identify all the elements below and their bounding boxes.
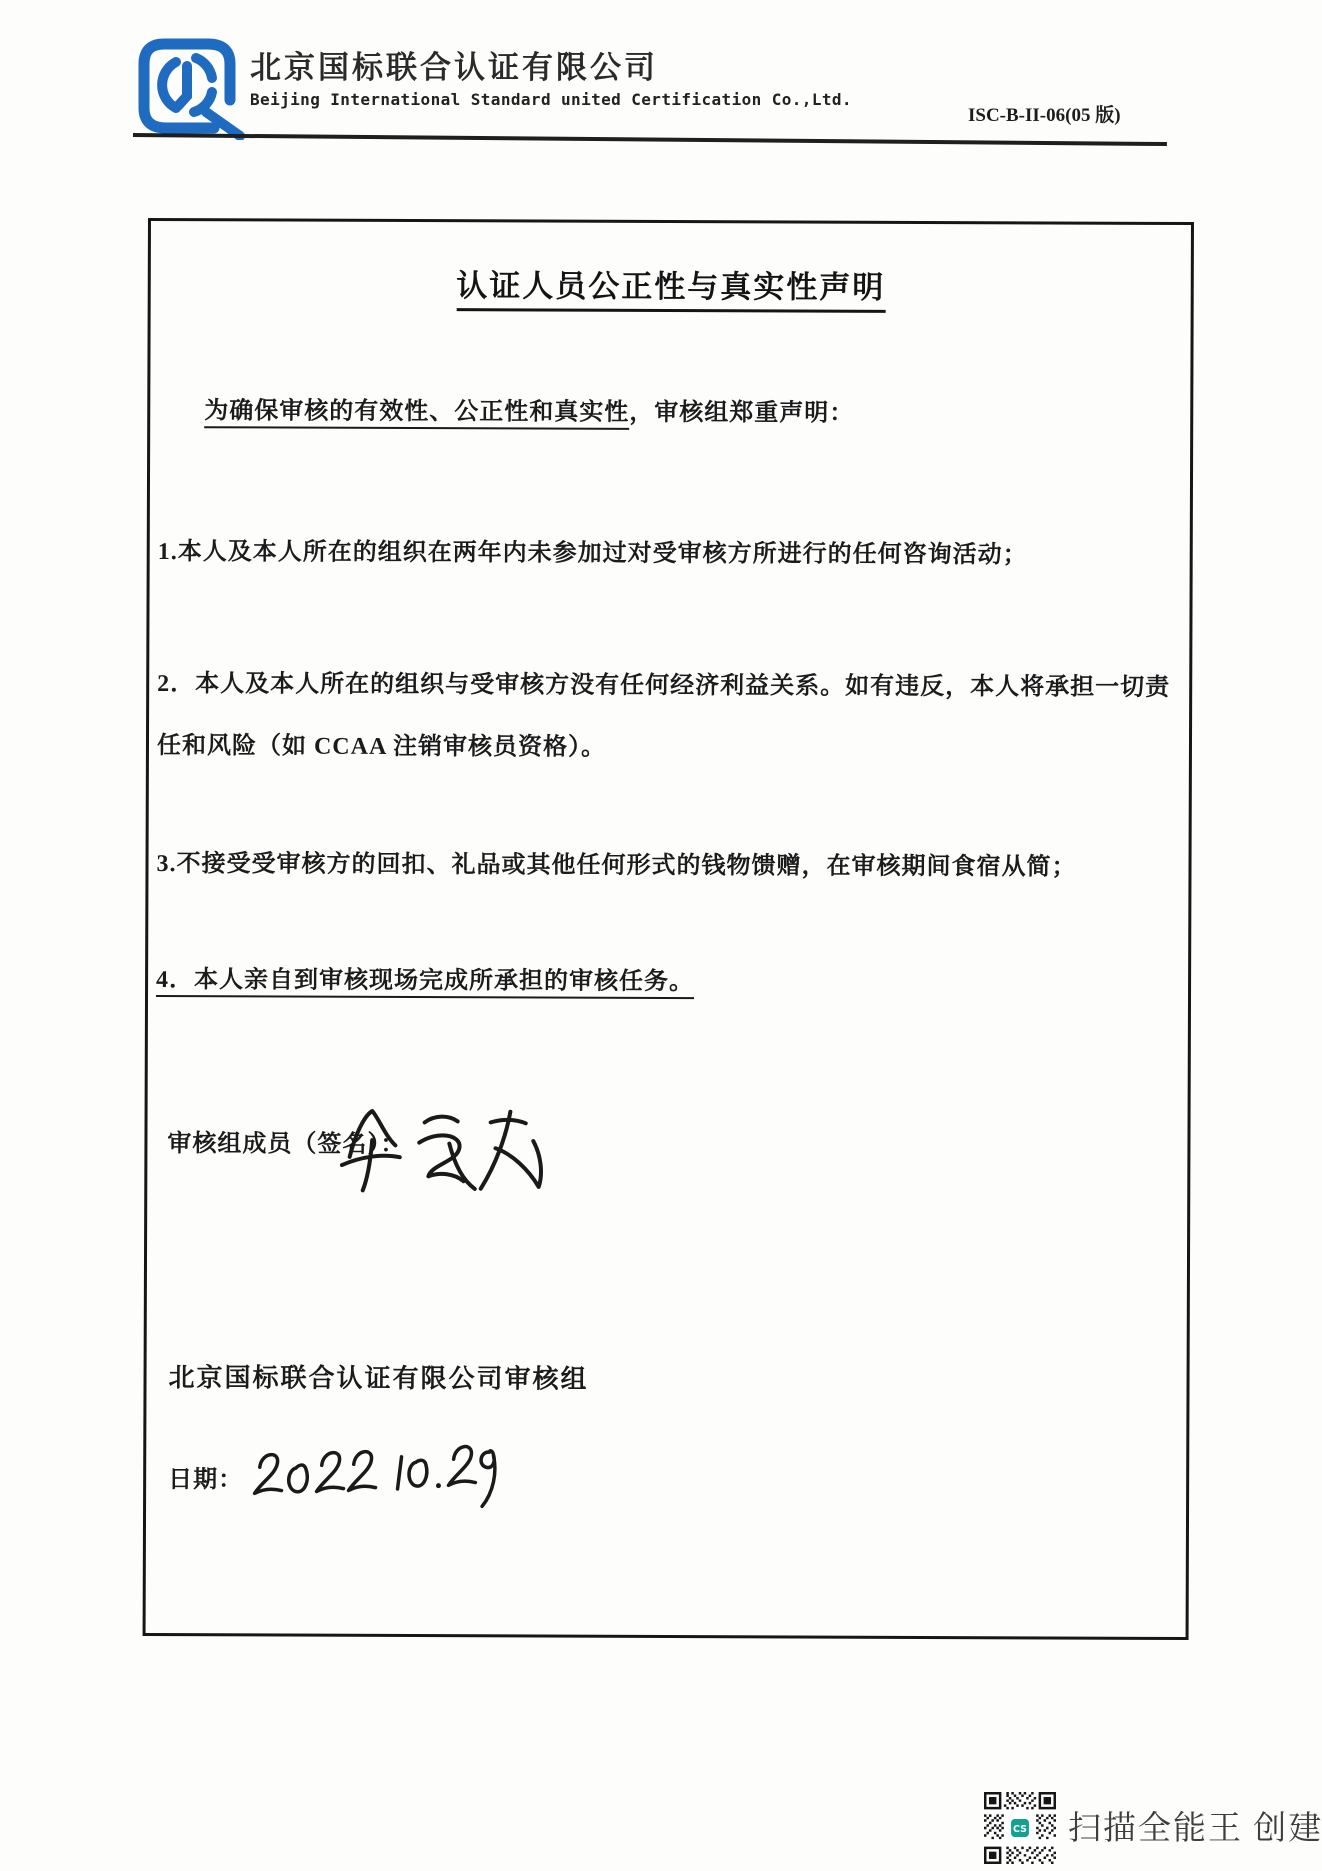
declaration-item-1: 1.本人及本人所在的组织在两年内未参加过对受审核方所进行的任何咨询活动； — [158, 521, 1180, 587]
declaration-intro: 为确保审核的有效性、公正性和真实性，审核组郑重声明： — [204, 391, 1164, 435]
qr-code: CS — [984, 1792, 1056, 1864]
company-name-chinese: 北京国标联合认证有限公司 — [250, 42, 658, 87]
declaration-item-4: 4．本人亲自到审核现场完成所承担的审核任务。 — [156, 949, 1178, 1015]
camscanner-badge-icon: CS — [1010, 1818, 1029, 1837]
declaration-item-3: 3.不接受受审核方的回扣、礼品或其他任何形式的钱物馈赠，在审核期间食宿从简； — [156, 833, 1178, 899]
handwritten-signature — [315, 1082, 555, 1213]
qr-badge-label: CS — [1013, 1824, 1027, 1835]
date-label: 日期： — [168, 1459, 243, 1494]
document-code: ISC-B-II-06(05 版) — [968, 100, 1121, 127]
declaration-item-2: 2．本人及本人所在的组织与受审核方没有任何经济利益关系。如有违反，本人将承担一切… — [157, 653, 1179, 781]
company-logo-icon — [136, 36, 248, 140]
company-name-english: Beijing International Standard united Ce… — [250, 90, 852, 109]
intro-rest-text: ，审核组郑重声明： — [629, 400, 854, 427]
handwritten-date — [238, 1429, 498, 1525]
audit-team-line: 北京国标联合认证有限公司审核组 — [168, 1357, 588, 1396]
declaration-box: 认证人员公正性与真实性声明 为确保审核的有效性、公正性和真实性，审核组郑重声明：… — [143, 218, 1194, 1640]
scanned-document-page: 北京国标联合认证有限公司 Beijing International Stand… — [0, 0, 1322, 1871]
declaration-title: 认证人员公正性与真实性声明 — [151, 259, 1191, 314]
header-divider — [133, 133, 1167, 146]
camscanner-watermark: 扫描全能王 创建 — [1068, 1802, 1322, 1849]
intro-underlined-text: 为确保审核的有效性、公正性和真实性 — [204, 398, 629, 430]
